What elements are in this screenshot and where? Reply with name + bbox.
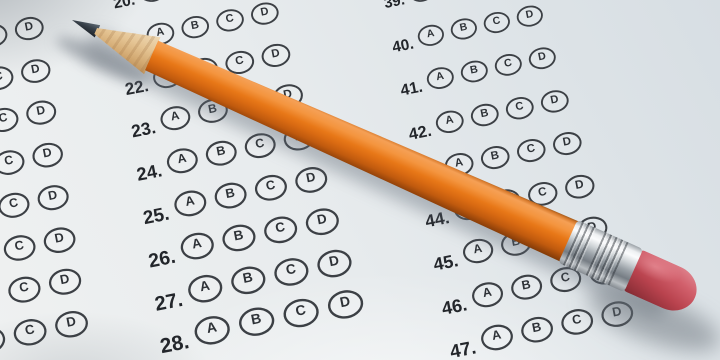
answer-row: 42.ABCD [397, 82, 579, 145]
bubble-option-d: D [539, 87, 571, 114]
bubble-option-a: A [479, 321, 515, 352]
bubble-option-b: B [519, 314, 555, 345]
question-number: 45. [423, 250, 460, 277]
bubble-letter: A [445, 115, 455, 127]
bubble-option-b: B [509, 271, 544, 301]
answer-row: 41.ABCD [389, 40, 565, 101]
bubble-letter: D [537, 52, 547, 64]
bubble-option-c: C [504, 94, 536, 121]
bubble-letter: C [537, 186, 548, 199]
question-number: 47. [439, 337, 478, 360]
bubble-letter: A [435, 72, 445, 84]
bubble-letter: B [521, 279, 532, 293]
bubble-option-d: D [515, 2, 545, 28]
bubble-option-b: B [469, 100, 501, 127]
bubble-option-a: A [407, 0, 436, 4]
bubble-letter: C [571, 314, 582, 328]
bubble-option-c: C [493, 51, 524, 77]
bubble-letter: C [526, 144, 536, 157]
bubble-option-a: A [434, 107, 466, 134]
bubble-letter: B [480, 108, 490, 120]
bubble-option-c: C [482, 9, 512, 35]
question-number: 39. [375, 0, 406, 14]
bubble-letter: A [491, 330, 502, 344]
bubble-option-d: D [563, 171, 597, 200]
bubble-letter: B [531, 322, 542, 336]
bubble-option-b: B [459, 58, 490, 84]
bubble-option-d: D [527, 45, 558, 71]
bubble-letter: C [515, 101, 525, 113]
bubble-letter: A [426, 29, 435, 41]
question-number: 46. [431, 294, 469, 322]
bubble-letter: C [492, 16, 501, 28]
question-number: 40. [383, 34, 415, 57]
bubble-option-d: D [551, 129, 584, 157]
bubble-letter: D [562, 137, 572, 150]
bubble-option-a: A [425, 64, 456, 90]
bubble-letter: A [473, 244, 484, 257]
bubble-option-b: B [479, 143, 512, 171]
bubble-option-b: B [449, 15, 479, 41]
bubble-letter: B [459, 22, 468, 34]
bubble-letter: D [525, 9, 534, 21]
answer-row: 39.ABCD [373, 0, 539, 13]
answer-sheet-photo: ABCDABCDABCDABCDABCDABCDABCDABCD 20.ABCD… [0, 0, 720, 360]
bubble-option-a: A [470, 279, 505, 309]
bubble-letter: D [574, 179, 585, 192]
bubble-letter: B [490, 151, 500, 164]
bubble-option-c: C [515, 136, 548, 164]
answer-row: 40.ABCD [381, 0, 552, 57]
bubble-letter: B [469, 65, 479, 77]
bubble-option-c: C [559, 306, 595, 337]
bubble-option-a: A [416, 22, 446, 48]
question-number: 41. [391, 78, 424, 102]
bubble-letter: D [550, 94, 560, 106]
bubble-letter: C [503, 58, 513, 70]
bubble-letter: A [482, 287, 493, 301]
